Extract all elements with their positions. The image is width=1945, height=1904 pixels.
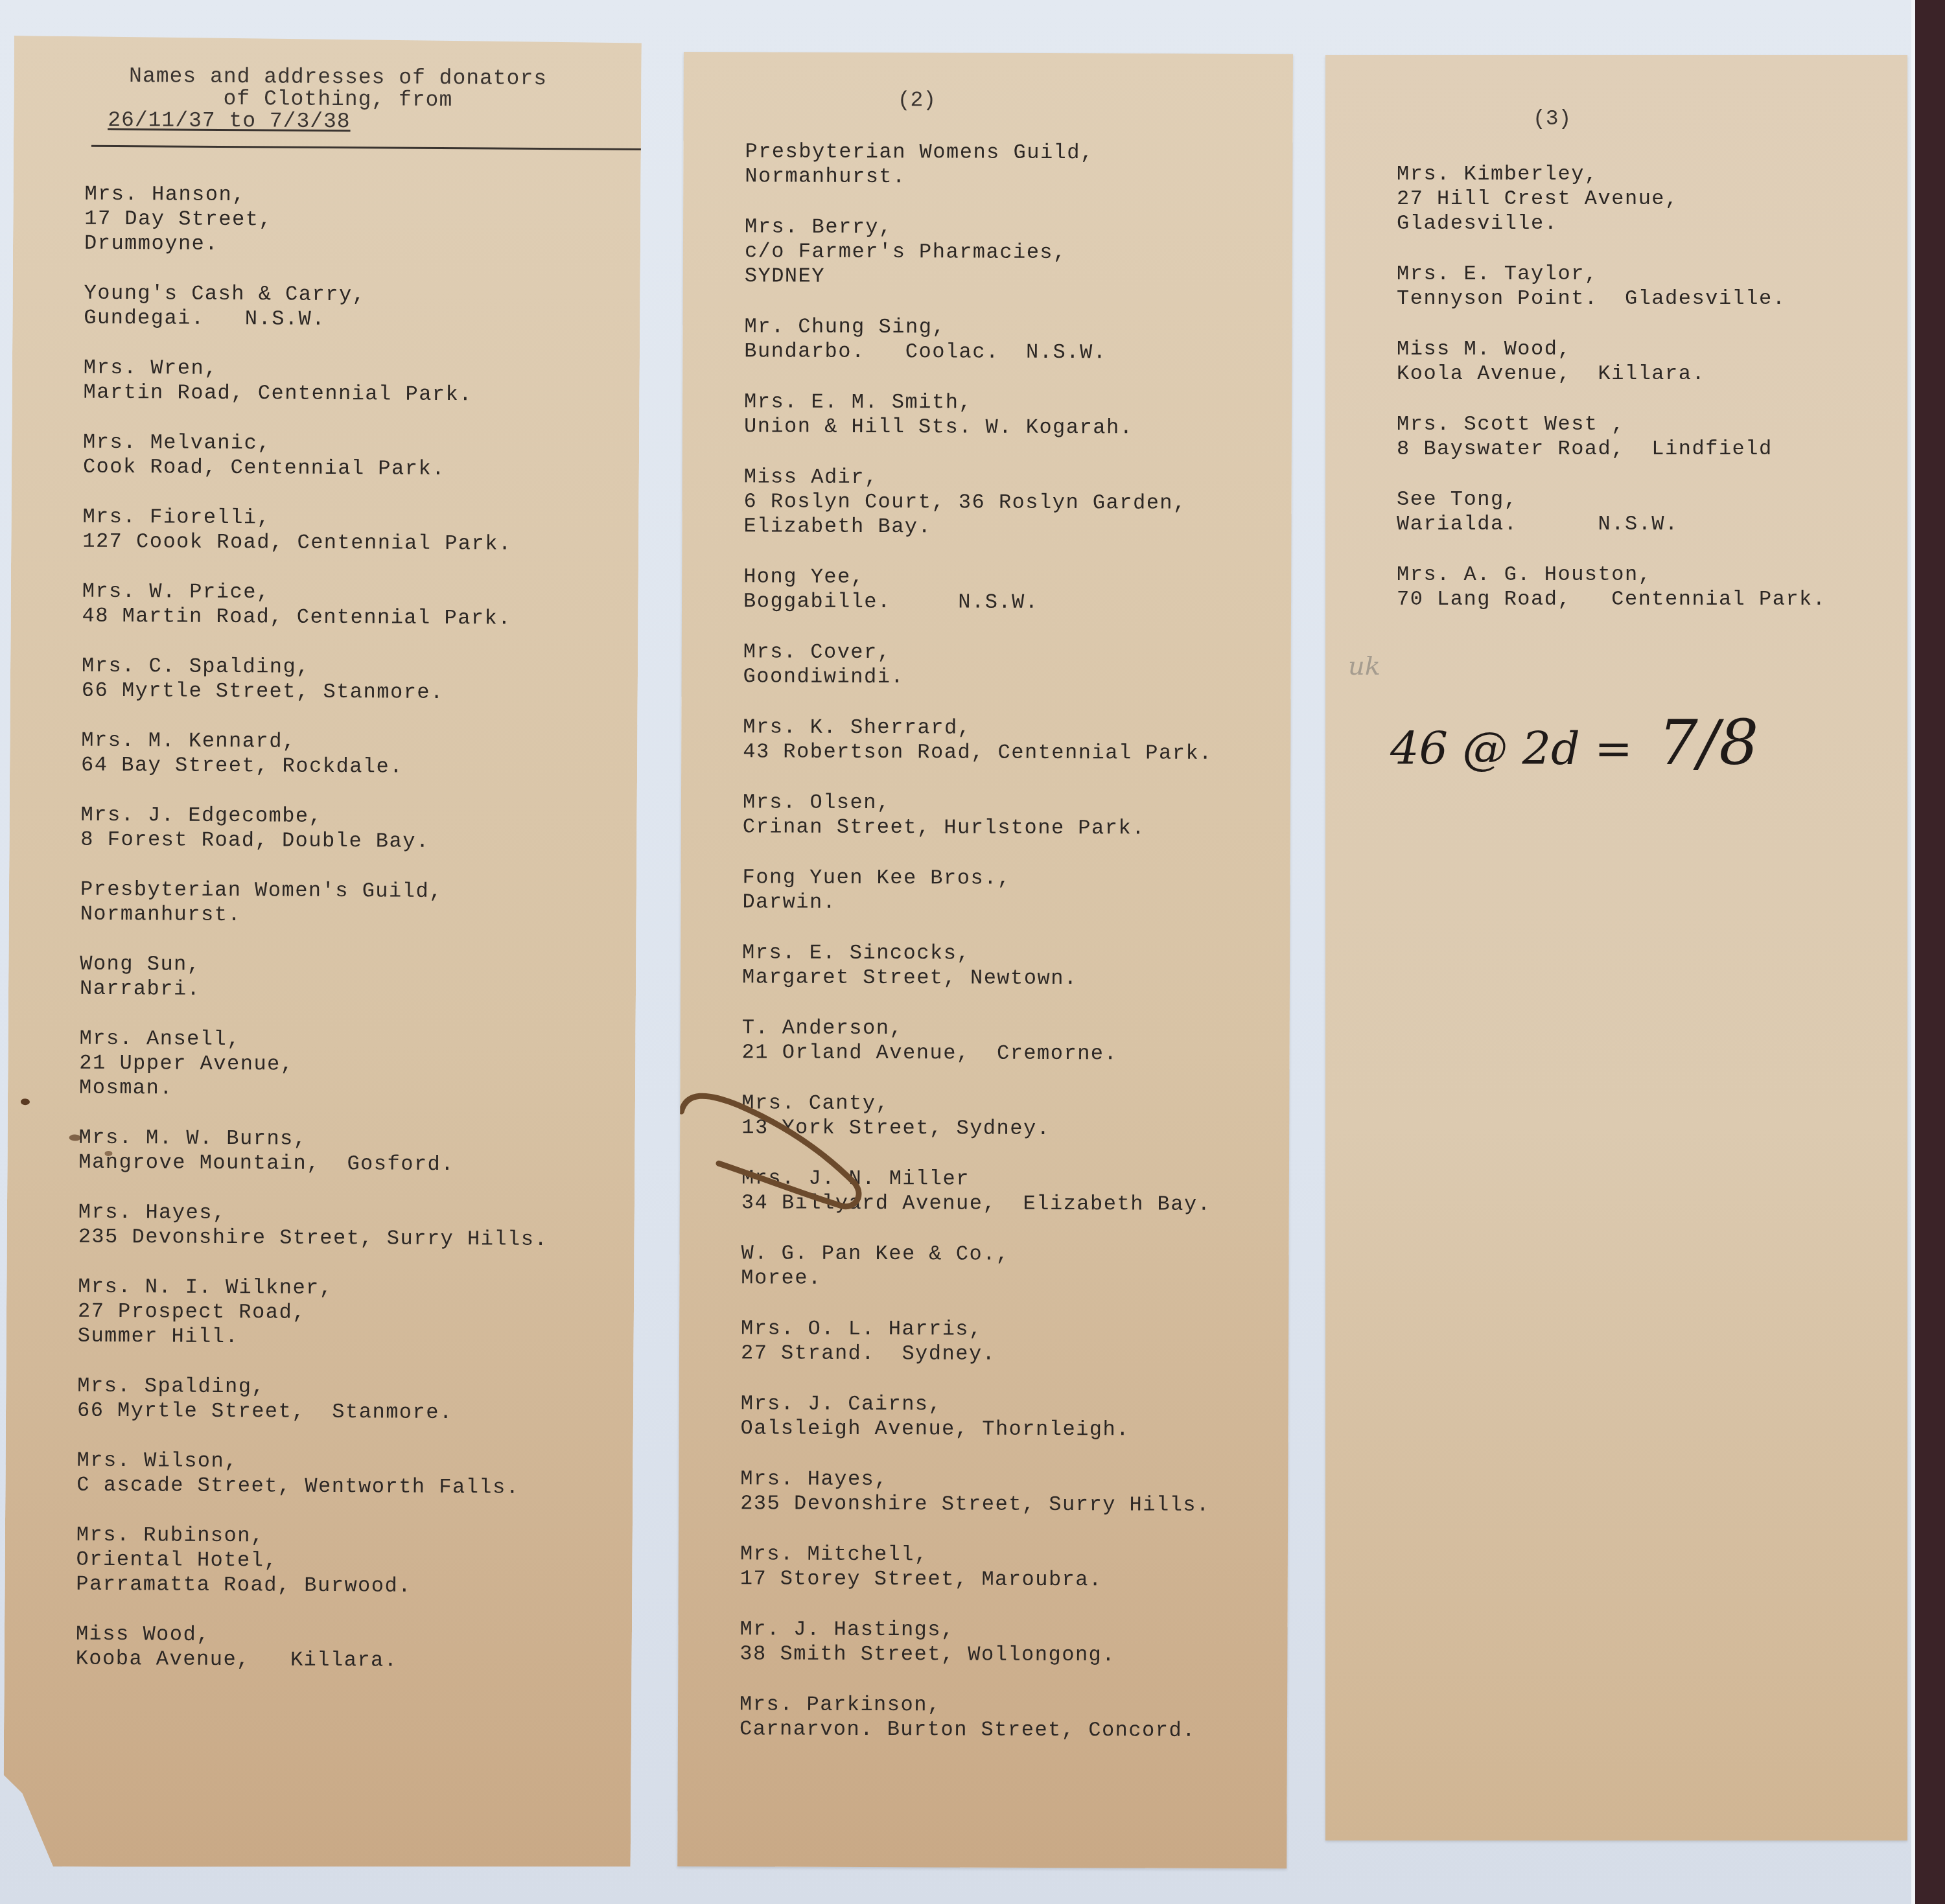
donor-entry: Mrs. Wren,Martin Road, Centennial Park.	[84, 356, 553, 408]
donor-name: Mrs. J. Edgecombe,	[81, 803, 551, 830]
donor-name: Mrs. E. Taylor,	[1397, 262, 1826, 286]
donor-entry: Mrs. C. Spalding,66 Myrtle Street, Stanm…	[82, 654, 552, 706]
donor-name: Mrs. Ansell,	[79, 1027, 549, 1054]
donor-address-line: Narrabri.	[80, 977, 550, 1004]
donor-entry: Mrs. Fiorelli,127 Coook Road, Centennial…	[82, 505, 552, 557]
donor-address-line: 127 Coook Road, Centennial Park.	[82, 529, 552, 557]
donor-address-line: 64 Bay Street, Rockdale.	[81, 753, 551, 780]
donor-name: Mr. J. Hastings,	[740, 1617, 1209, 1643]
donor-address-line: Kooba Avenue, Killara.	[76, 1647, 546, 1674]
donor-entry: Mrs. M. W. Burns,Mangrove Mountain, Gosf…	[78, 1126, 548, 1178]
donor-address-line: 66 Myrtle Street, Stanmore.	[77, 1399, 547, 1426]
donor-entry: Mrs. Hayes,235 Devonshire Street, Surry …	[78, 1200, 548, 1252]
donor-address-line: Oriental Hotel,	[76, 1548, 546, 1575]
donor-name: Mrs. E. M. Smith,	[744, 389, 1214, 416]
donor-entry: Mrs. J. Cairns,Oalsleigh Avenue, Thornle…	[741, 1391, 1211, 1443]
donor-entry: Mrs. Berry,c/o Farmer's Pharmacies,SYDNE…	[745, 215, 1215, 290]
donor-name: Mrs. E. Sincocks,	[742, 940, 1212, 967]
donor-name: Mrs. Wilson,	[76, 1448, 546, 1476]
donor-entry: Presbyterian Womens Guild,Normanhurst.	[745, 139, 1215, 191]
donor-name: Mrs. Melvanic,	[83, 430, 553, 458]
donor-entry: Mrs. N. I. Wilkner,27 Prospect Road,Summ…	[78, 1275, 548, 1351]
calculation-text: 46 @ 2d =	[1390, 722, 1633, 775]
donor-name: Mrs. Berry,	[745, 215, 1215, 241]
donor-name: Mrs. Hayes,	[740, 1467, 1210, 1493]
donor-entry: T. Anderson,21 Orland Avenue, Cremorne.	[742, 1016, 1212, 1067]
donor-entry: Mrs. Scott West ,8 Bayswater Road, Lindf…	[1397, 412, 1826, 461]
donor-name: Mrs. C. Spalding,	[82, 654, 552, 681]
entry-list: Mrs. Hanson,17 Day Street,Drummoyne.Youn…	[75, 182, 554, 1699]
donor-name: Mrs. Spalding,	[77, 1374, 547, 1401]
donor-entry: Mr. J. Hastings,38 Smith Street, Wollong…	[740, 1617, 1209, 1668]
donor-address-line: Moree.	[741, 1266, 1211, 1292]
donor-address-line: Cook Road, Centennial Park.	[83, 455, 553, 482]
donor-address-line: Crinan Street, Hurlstone Park.	[743, 815, 1213, 841]
donor-entry: Miss Wood,Kooba Avenue, Killara.	[76, 1622, 546, 1674]
donor-address-line: 27 Strand. Sydney.	[741, 1341, 1211, 1367]
donor-address-line: Margaret Street, Newtown.	[742, 965, 1212, 992]
donor-name: Mrs. Cover,	[743, 640, 1213, 666]
donor-address-line: 38 Smith Street, Wollongong.	[740, 1642, 1209, 1668]
donor-address-line: Gladesville.	[1397, 211, 1826, 236]
donor-address-line: 48 Martin Road, Centennial Park.	[82, 604, 552, 631]
donor-entry: Mrs. A. G. Houston,70 Lang Road, Centenn…	[1397, 563, 1826, 612]
donor-name: Mrs. Rubinson,	[76, 1523, 546, 1550]
donor-address-line: 17 Storey Street, Maroubra.	[740, 1566, 1210, 1593]
donor-address-line: c/o Farmer's Pharmacies,	[745, 239, 1215, 266]
donor-entry: Mrs. K. Sherrard,43 Robertson Road, Cent…	[743, 715, 1213, 766]
donor-address-line: C ascade Street, Wentworth Falls.	[76, 1473, 546, 1500]
donor-name: Mrs. N. I. Wilkner,	[78, 1275, 548, 1302]
donor-entry: Fong Yuen Kee Bros.,Darwin.	[742, 865, 1212, 916]
donor-address-line: Darwin.	[742, 890, 1212, 916]
donor-name: Young's Cash & Carry,	[84, 281, 553, 308]
donor-address-line: 27 Hill Crest Avenue,	[1397, 187, 1826, 211]
donor-address-line: Parramatta Road, Burwood.	[76, 1572, 546, 1599]
donor-entry: Mrs. Wilson,C ascade Street, Wentworth F…	[76, 1448, 546, 1500]
donor-address-line: Warialda. N.S.W.	[1397, 512, 1826, 537]
donor-address-line: 8 Bayswater Road, Lindfield	[1397, 437, 1826, 461]
donor-name: Mrs. M. Kennard,	[81, 728, 551, 756]
donor-entry: Mrs. Hayes,235 Devonshire Street, Surry …	[740, 1467, 1210, 1518]
page-number: (3)	[1533, 107, 1571, 131]
donor-name: W. G. Pan Kee & Co.,	[741, 1241, 1211, 1268]
donor-name: Miss Wood,	[76, 1622, 546, 1649]
donor-address-line: 17 Day Street,	[84, 207, 554, 234]
donor-name: Mrs. A. G. Houston,	[1397, 563, 1826, 587]
donor-entry: Mrs. Melvanic,Cook Road, Centennial Park…	[83, 430, 553, 482]
donor-entry: Mrs. E. M. Smith,Union & Hill Sts. W. Ko…	[744, 389, 1214, 441]
donor-name: Fong Yuen Kee Bros.,	[742, 865, 1212, 892]
donor-entry: Mrs. O. L. Harris,27 Strand. Sydney.	[741, 1316, 1211, 1367]
donor-name: Mrs. Parkinson,	[740, 1692, 1209, 1719]
donor-address-line: Koola Avenue, Killara.	[1397, 362, 1826, 386]
donor-name: Miss M. Wood,	[1397, 337, 1826, 362]
donor-entry: Mrs. Parkinson,Carnarvon. Burton Street,…	[740, 1692, 1209, 1743]
sheet-page-2: (2) Presbyterian Womens Guild,Normanhurs…	[677, 52, 1293, 1868]
donor-address-line: 8 Forest Road, Double Bay.	[80, 828, 550, 855]
donor-address-line: 21 Orland Avenue, Cremorne.	[742, 1040, 1212, 1067]
donor-entry: Miss M. Wood,Koola Avenue, Killara.	[1397, 337, 1826, 386]
donor-name: Mrs. Hanson,	[84, 182, 554, 209]
donor-name: See Tong,	[1397, 487, 1826, 512]
donor-name: Mrs. Fiorelli,	[82, 505, 552, 532]
donor-name: Wong Sun,	[80, 952, 550, 979]
donor-entry: Mrs. Spalding,66 Myrtle Street, Stanmore…	[77, 1374, 547, 1426]
donor-address-line: Drummoyne.	[84, 231, 554, 259]
donor-name: Mrs. K. Sherrard,	[743, 715, 1213, 741]
backdrop-strip	[1911, 0, 1945, 1904]
pencil-mark: uk	[1348, 651, 1380, 681]
donor-name: Mrs. W. Price,	[82, 579, 552, 607]
donor-entry: Miss Adir,6 Roslyn Court, 36 Roslyn Gard…	[743, 465, 1213, 540]
sheet-page-1: Names and addresses of donators of Cloth…	[3, 36, 642, 1870]
donor-address-line: Carnarvon. Burton Street, Concord.	[740, 1717, 1209, 1743]
donor-address-line: Mosman.	[79, 1076, 549, 1103]
donor-address-line: Mangrove Mountain, Gosford.	[78, 1150, 548, 1178]
donor-entry: Mrs. Olsen,Crinan Street, Hurlstone Park…	[743, 790, 1213, 841]
header-rule	[91, 145, 641, 150]
donor-entry: Mrs. E. Sincocks,Margaret Street, Newtow…	[742, 940, 1212, 992]
donor-address-line: Oalsleigh Avenue, Thornleigh.	[741, 1416, 1211, 1443]
donor-address-line: 21 Upper Avenue,	[79, 1051, 549, 1078]
donor-address-line: 27 Prospect Road,	[78, 1299, 548, 1327]
calculation-total: 7/8	[1659, 706, 1759, 779]
donor-address-line: 70 Lang Road, Centennial Park.	[1397, 587, 1826, 612]
donor-entry: Mrs. W. Price,48 Martin Road, Centennial…	[82, 579, 552, 631]
donor-entry: Mrs. E. Taylor,Tennyson Point. Gladesvil…	[1397, 262, 1826, 311]
header-date-range: 26/11/37 to 7/3/38	[72, 110, 603, 135]
donor-entry: Mrs. Ansell,21 Upper Avenue,Mosman.	[79, 1027, 549, 1103]
donor-entry: Mrs. Rubinson,Oriental Hotel,Parramatta …	[76, 1523, 546, 1599]
donor-address-line: Union & Hill Sts. W. Kogarah.	[744, 414, 1214, 441]
donor-entry: Mrs. Hanson,17 Day Street,Drummoyne.	[84, 182, 554, 259]
donor-name: Mrs. Hayes,	[78, 1200, 548, 1227]
donor-entry: Presbyterian Women's Guild,Normanhurst.	[80, 877, 550, 929]
donor-address-line: Normanhurst.	[80, 902, 550, 929]
donor-name: Miss Adir,	[744, 465, 1214, 491]
donor-address-line: SYDNEY	[745, 264, 1215, 290]
donor-name: Mrs. M. W. Burns,	[78, 1126, 548, 1153]
donor-entry: Young's Cash & Carry,Gundegai. N.S.W.	[84, 281, 553, 333]
donor-entry: Hong Yee,Boggabille. N.S.W.	[743, 564, 1213, 616]
donor-entry: Mr. Chung Sing,Bundarbo. Coolac. N.S.W.	[744, 314, 1214, 366]
document-header: Names and addresses of donators of Cloth…	[72, 65, 604, 135]
donor-name: Hong Yee,	[743, 564, 1213, 591]
donor-name: Mrs. O. L. Harris,	[741, 1316, 1211, 1343]
header-line-1: Names and addresses of donators	[73, 65, 604, 91]
donor-name: Mrs. J. Cairns,	[741, 1391, 1211, 1418]
donor-entry: Mrs. Kimberley,27 Hill Crest Avenue,Glad…	[1397, 162, 1826, 236]
donor-entry: Mrs. J. Edgecombe,8 Forest Road, Double …	[80, 803, 550, 855]
donor-name: Mrs. Wren,	[84, 356, 553, 383]
donor-address-line: Bundarbo. Coolac. N.S.W.	[744, 339, 1214, 366]
donor-address-line: 235 Devonshire Street, Surry Hills.	[78, 1225, 548, 1252]
donor-name: Mrs. Scott West ,	[1397, 412, 1826, 437]
donor-name: T. Anderson,	[742, 1016, 1212, 1042]
donor-address-line: Gundegai. N.S.W.	[84, 306, 553, 333]
handwritten-calculation: 46 @ 2d =7/8	[1390, 706, 1758, 779]
donor-address-line: Boggabille. N.S.W.	[743, 589, 1213, 616]
donor-name: Mr. Chung Sing,	[744, 314, 1214, 341]
donor-address-line: 43 Robertson Road, Centennial Park.	[743, 739, 1213, 766]
donor-address-line: Goondiwindi.	[743, 664, 1213, 691]
donor-address-line: 235 Devonshire Street, Surry Hills.	[740, 1491, 1210, 1518]
page-number: (2)	[898, 88, 937, 112]
donor-name: Mrs. Mitchell,	[740, 1542, 1210, 1568]
donor-address-line: 6 Roslyn Court, 36 Roslyn Garden,	[744, 489, 1214, 516]
entry-list: Presbyterian Womens Guild,Normanhurst.Mr…	[740, 139, 1215, 1769]
donor-name: Mrs. Olsen,	[743, 790, 1213, 817]
donor-entry: W. G. Pan Kee & Co.,Moree.	[741, 1241, 1211, 1292]
donor-name: Presbyterian Womens Guild,	[745, 139, 1215, 166]
donor-address-line: 66 Myrtle Street, Stanmore.	[82, 679, 552, 706]
donor-address-line: Elizabeth Bay.	[743, 514, 1213, 540]
donor-address-line: Normanhurst.	[745, 164, 1215, 191]
donor-entry: Wong Sun,Narrabri.	[80, 952, 550, 1004]
sheet-page-3: (3) Mrs. Kimberley,27 Hill Crest Avenue,…	[1325, 55, 1907, 1840]
donor-entry: See Tong,Warialda. N.S.W.	[1397, 487, 1826, 537]
string-loop-icon	[680, 1086, 875, 1216]
donor-address-line: Summer Hill.	[78, 1324, 548, 1351]
donor-name: Mrs. Kimberley,	[1397, 162, 1826, 187]
donor-name: Presbyterian Women's Guild,	[80, 877, 550, 905]
donor-entry: Mrs. M. Kennard,64 Bay Street, Rockdale.	[81, 728, 551, 780]
donor-address-line: Tennyson Point. Gladesville.	[1397, 286, 1826, 311]
donor-entry: Mrs. Cover,Goondiwindi.	[743, 640, 1213, 691]
donor-entry: Mrs. Mitchell,17 Storey Street, Maroubra…	[740, 1542, 1210, 1593]
entry-list: Mrs. Kimberley,27 Hill Crest Avenue,Glad…	[1397, 162, 1826, 638]
donor-address-line: Martin Road, Centennial Park.	[84, 380, 553, 408]
